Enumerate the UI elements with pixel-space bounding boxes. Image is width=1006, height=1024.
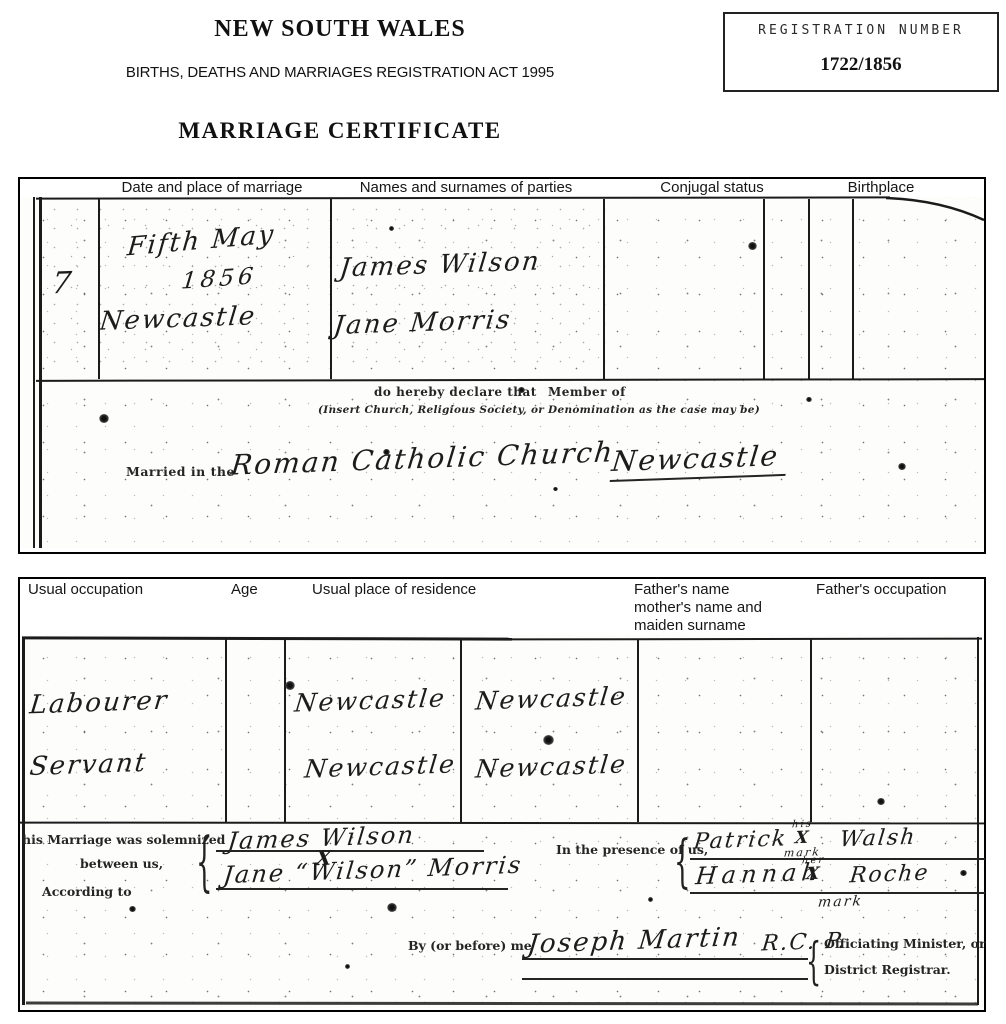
party2-name-handwritten: Jane Morris xyxy=(332,305,513,341)
ink-blot xyxy=(748,242,757,250)
church-place-handwritten: Newcastle xyxy=(610,439,789,482)
column-header-conjugal-status: Conjugal status xyxy=(642,179,782,196)
state-title: NEW SOUTH WALES xyxy=(90,16,590,43)
grid-line xyxy=(808,199,810,379)
member-of-text: Member of xyxy=(548,385,626,399)
party2-residence2-handwritten: Newcastle xyxy=(474,749,628,783)
party1-residence-handwritten: Newcastle xyxy=(293,683,447,717)
grid-line xyxy=(763,199,765,379)
marriage-certificate-page: NEW SOUTH WALES BIRTHS, DEATHS AND MARRI… xyxy=(0,0,1006,1024)
grid-line xyxy=(330,199,332,379)
solemnized-line2: between us, xyxy=(80,856,163,871)
party1-residence2-handwritten: Newcastle xyxy=(474,681,628,715)
ink-blot xyxy=(648,897,653,902)
witness1-mark: his X mark xyxy=(784,820,821,858)
document-title: MARRIAGE CERTIFICATE xyxy=(90,118,590,144)
grid-line xyxy=(284,639,286,822)
grid-line xyxy=(603,199,605,379)
grid-line xyxy=(33,197,35,548)
party2-occupation-handwritten: Servant xyxy=(28,748,149,782)
ink-blot xyxy=(960,870,967,876)
declare-text: do hereby declare that xyxy=(374,385,537,399)
officiant-line2: District Registrar. xyxy=(824,962,951,977)
grid-line xyxy=(460,639,462,822)
party1-occupation-handwritten: Labourer xyxy=(28,686,170,721)
ink-blot xyxy=(285,681,295,690)
ink-blot xyxy=(543,735,554,745)
entry-number-handwritten: 7 xyxy=(50,266,75,302)
officiant-brace-glyph: { xyxy=(806,932,821,991)
grid-line xyxy=(637,639,639,822)
left-brace-glyph: { xyxy=(196,826,213,901)
ink-blot xyxy=(518,387,525,393)
signature-line xyxy=(216,850,484,852)
grid-line xyxy=(98,199,100,379)
witness1-first-name: Patrick xyxy=(692,826,788,854)
registration-number-value: 1722/1856 xyxy=(725,54,997,76)
ink-blot xyxy=(806,397,812,402)
ink-blot xyxy=(99,414,109,423)
grid-line xyxy=(225,639,227,822)
column-header-age: Age xyxy=(231,581,258,598)
signature-line xyxy=(216,888,508,890)
witness1-mark-x: X xyxy=(794,830,811,848)
witness2-mark-bottom: mark xyxy=(817,893,864,911)
signature-line xyxy=(522,978,808,980)
married-in-label: Married in the xyxy=(126,464,235,479)
grid-line xyxy=(39,197,42,548)
column-header-residence: Usual place of residence xyxy=(312,581,476,598)
signature-line xyxy=(690,858,985,860)
ink-blot xyxy=(877,798,885,805)
ink-blot xyxy=(553,487,558,491)
act-subtitle: BIRTHS, DEATHS AND MARRIAGES REGISTRATIO… xyxy=(40,64,640,81)
ink-blot xyxy=(345,964,350,969)
officiant-line1: Officiating Minister, or xyxy=(824,936,986,951)
column-header-father-name: Father's name mother's name and maiden s… xyxy=(634,581,814,635)
column-header-birthplace: Birthplace xyxy=(821,179,941,196)
registration-number-label: REGISTRATION NUMBER xyxy=(725,23,997,38)
witness2-mark-x: X xyxy=(805,866,822,884)
signature-line xyxy=(522,958,808,960)
registration-number-box: REGISTRATION NUMBER 1722/1856 xyxy=(723,12,999,92)
marriage-year-handwritten: 1856 xyxy=(180,263,258,294)
ink-blot xyxy=(898,463,906,470)
witness2-last-name: Roche xyxy=(849,861,931,889)
column-header-date-place: Date and place of marriage xyxy=(92,179,332,196)
ink-blot xyxy=(389,226,394,231)
solemnized-line3: According to xyxy=(42,884,132,899)
insert-church-note: (Insert Church, Religious Society, or De… xyxy=(318,404,760,416)
grid-line xyxy=(852,199,854,379)
column-header-father-occupation: Father's occupation xyxy=(816,581,946,598)
column-header-names: Names and surnames of parties xyxy=(346,179,586,196)
witness1-last-name: Walsh xyxy=(839,825,918,853)
grid-line xyxy=(810,639,812,822)
celebrant-label: By (or before) me xyxy=(408,938,532,953)
scan-texture xyxy=(36,197,606,379)
ink-blot xyxy=(387,903,397,912)
ink-blot xyxy=(129,906,136,912)
column-header-occupation: Usual occupation xyxy=(28,581,143,598)
solemnized-line1: his Marriage was solemnized xyxy=(22,832,225,847)
scan-page-curl xyxy=(886,195,986,223)
marriage-place-handwritten: Newcastle xyxy=(98,301,258,336)
ink-blot xyxy=(383,449,390,455)
witness-brace-glyph: { xyxy=(674,830,691,896)
party2-residence-handwritten: Newcastle xyxy=(303,749,457,783)
witness2-mark: her X xyxy=(802,856,825,883)
